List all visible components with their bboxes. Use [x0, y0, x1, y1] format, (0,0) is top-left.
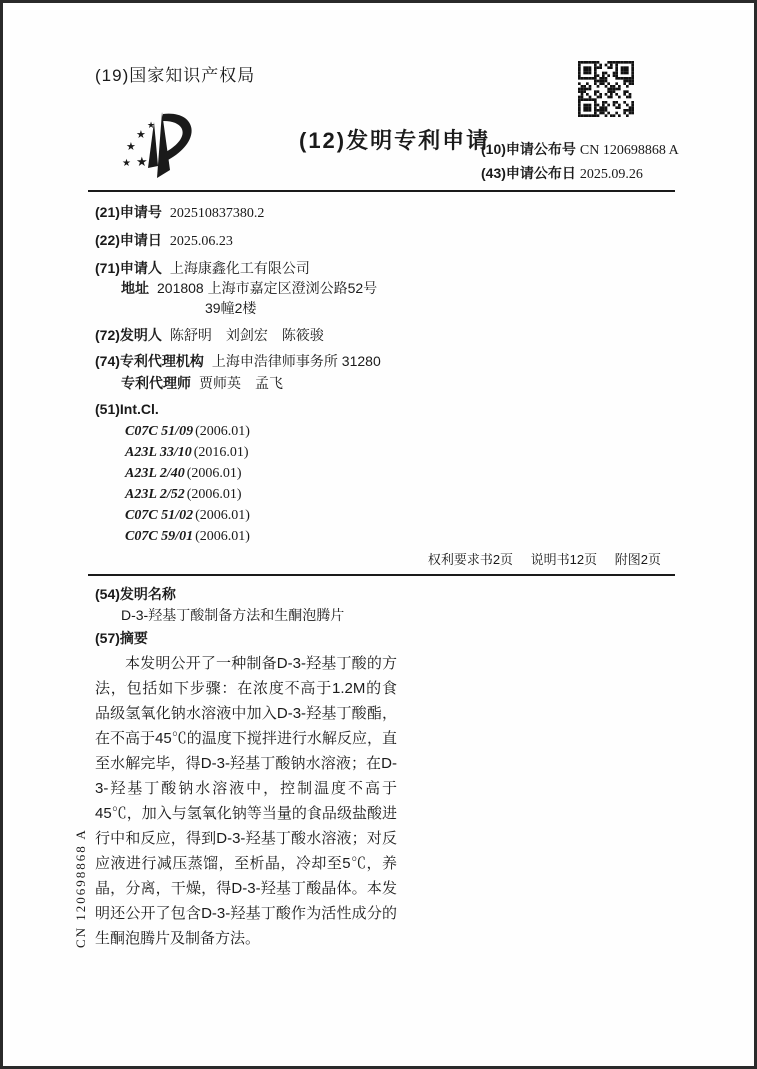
ipc-code: A23L 2/52: [125, 487, 185, 502]
ipc-year: (2006.01): [195, 424, 250, 439]
star-icon: ★: [122, 158, 131, 169]
page-counts: 权利要求书2页 说明书12页 附图2页: [95, 549, 661, 568]
ipc-code: A23L 33/10: [125, 445, 192, 460]
ipc-code-row: A23L 2/52(2006.01): [125, 484, 675, 505]
cnipa-logo-graphic: ★ ★ ★ ★ ★: [106, 106, 211, 184]
application-date-label: (22)申请日: [95, 232, 162, 248]
cnipa-logo: ★ ★ ★ ★ ★: [106, 106, 211, 184]
address-label: 地址: [121, 280, 149, 296]
description-pages: 说明书12页: [531, 552, 597, 567]
invention-title: D-3-羟基丁酸制备方法和生酮泡腾片: [121, 605, 675, 626]
bibliographic-section: (21)申请号202510837380.2 (22)申请日2025.06.23 …: [95, 202, 675, 568]
ipc-code: C07C 51/02: [125, 508, 193, 523]
application-date-row: (22)申请日2025.06.23: [95, 230, 675, 252]
title-abstract-section: (54)发明名称 D-3-羟基丁酸制备方法和生酮泡腾片 (57)摘要 本发明公开…: [95, 584, 675, 951]
inventors-names: 陈舒明 刘剑宏 陈筱骏: [170, 327, 324, 343]
application-number-row: (21)申请号202510837380.2: [95, 202, 675, 224]
address-line2: 39幢2楼: [205, 298, 675, 319]
agent-label: 专利代理师: [121, 375, 191, 391]
agency-row: (74)专利代理机构上海申浩律师事务所 31280: [95, 351, 675, 371]
star-icon: ★: [136, 129, 146, 141]
star-icon: ★: [136, 154, 148, 169]
ipc-year: (2006.01): [187, 487, 242, 502]
ipc-code: A23L 2/40: [125, 466, 185, 481]
applicant-label: (71)申请人: [95, 260, 162, 276]
ipc-year: (2016.01): [194, 445, 249, 460]
agency-label: (74)专利代理机构: [95, 353, 204, 369]
patent-front-page: (10)申请公布号CN 120698868 A (43)申请公布日2025.09…: [0, 0, 757, 1069]
abstract-label: (57)摘要: [95, 628, 675, 649]
agency-name: 上海申浩律师事务所 31280: [212, 353, 381, 369]
star-icon: ★: [126, 141, 136, 153]
applicant-name: 上海康鑫化工有限公司: [170, 260, 310, 276]
ipc-code-row: C07C 59/01(2006.01): [125, 526, 675, 547]
ipc-code-row: A23L 2/40(2006.01): [125, 463, 675, 484]
patent-office-name: (19)国家知识产权局: [95, 61, 675, 86]
inventors-label: (72)发明人: [95, 327, 162, 343]
application-number-label: (21)申请号: [95, 204, 162, 220]
ipc-year: (2006.01): [187, 466, 242, 481]
address-line1: 201808 上海市嘉定区澄浏公路52号: [157, 280, 377, 296]
intcl-label: (51)Int.Cl.: [95, 401, 159, 417]
document-type-title: (12)发明专利申请: [299, 124, 490, 184]
abstract-text: 本发明公开了一种制备D-3-羟基丁酸的方法，包括如下步骤：在浓度不高于1.2M的…: [95, 651, 397, 951]
header-middle-row: ★ ★ ★ ★ ★ (12)发明专利申请: [88, 106, 675, 184]
sidebar-publication-number: CN 120698868 A: [73, 828, 89, 948]
application-date-value: 2025.06.23: [170, 234, 233, 249]
figures-pages: 附图2页: [615, 552, 661, 567]
agent-names: 贾师英 孟飞: [199, 375, 283, 391]
address-row: 地址201808 上海市嘉定区澄浏公路52号: [121, 278, 675, 298]
intcl-row: (51)Int.Cl.: [95, 399, 675, 419]
ipc-code-row: A23L 33/10(2016.01): [125, 442, 675, 463]
ipc-year: (2006.01): [195, 529, 250, 544]
ipc-code: C07C 59/01: [125, 529, 193, 544]
application-number-value: 202510837380.2: [170, 206, 265, 221]
claims-pages: 权利要求书2页: [428, 552, 513, 567]
invention-title-label: (54)发明名称: [95, 584, 675, 605]
ipc-code: C07C 51/09: [125, 424, 193, 439]
ipc-code-row: C07C 51/02(2006.01): [125, 505, 675, 526]
applicant-row: (71)申请人上海康鑫化工有限公司: [95, 258, 675, 278]
ipc-code-row: C07C 51/09(2006.01): [125, 421, 675, 442]
inventors-row: (72)发明人陈舒明 刘剑宏 陈筱骏: [95, 325, 675, 345]
section-divider: [88, 574, 675, 576]
ipc-year: (2006.01): [195, 508, 250, 523]
header-divider: [88, 190, 675, 192]
ipc-code-list: C07C 51/09(2006.01) A23L 33/10(2016.01) …: [125, 421, 675, 547]
agent-row: 专利代理师贾师英 孟飞: [121, 373, 675, 393]
